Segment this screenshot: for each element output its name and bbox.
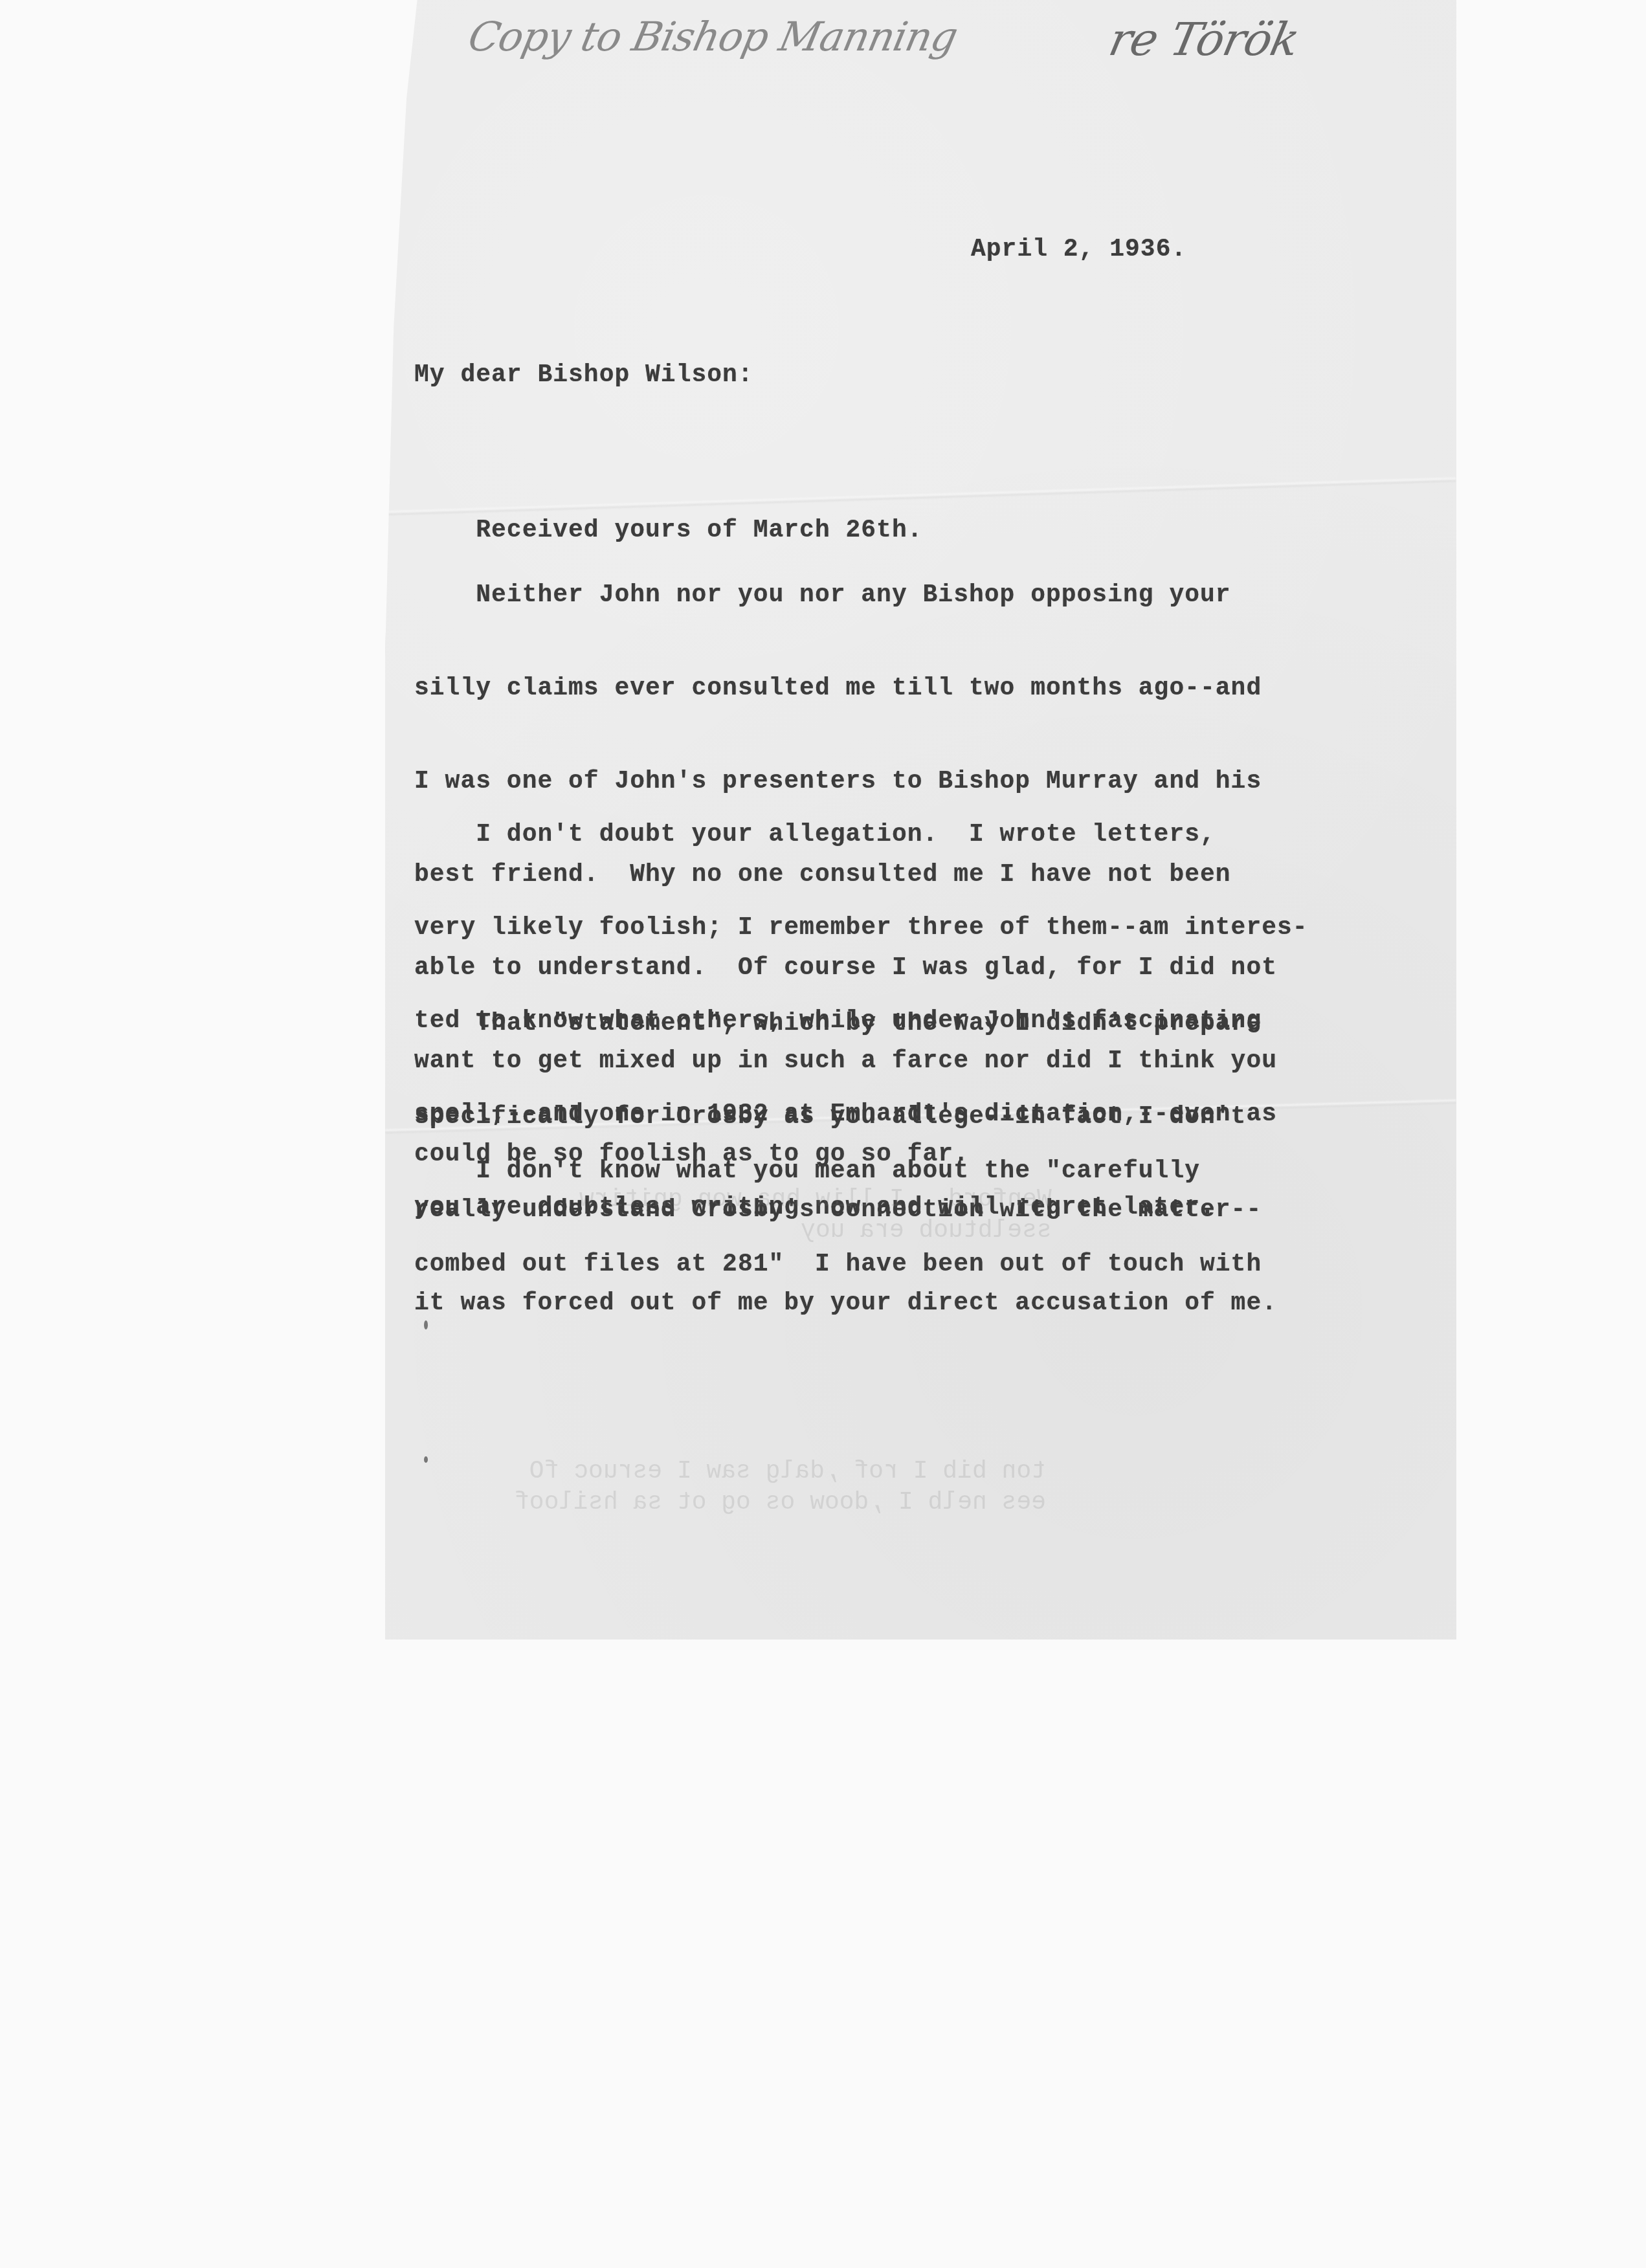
text-line: That "statement", which by the way I did…	[414, 1008, 1277, 1039]
handwritten-re-note: re Török	[1104, 13, 1304, 66]
text-line: I don't doubt your allegation. I wrote l…	[414, 819, 1308, 850]
salutation: My dear Bishop Wilson:	[414, 360, 753, 391]
bleed-through-text: Wenford, I lliw bna won gnitirw sselbtuo…	[579, 1184, 1052, 1247]
letter-page: Copy to Bishop Manning re Török April 2,…	[385, 0, 1456, 1640]
text-line: silly claims ever consulted me till two …	[414, 673, 1277, 704]
text-line: combed out files at 281" I have been out…	[414, 1249, 1262, 1280]
ink-speck	[424, 1456, 428, 1463]
text-line: Neither John nor you nor any Bishop oppo…	[414, 580, 1277, 611]
letter-date: April 2, 1936.	[971, 234, 1186, 265]
bleed-through-text: ton bib I rof ,dalg saw I esruoc fO ees …	[515, 1456, 1046, 1518]
text-line: very likely foolish; I remember three of…	[414, 913, 1308, 944]
text-line: I don't know what you mean about the "ca…	[414, 1156, 1262, 1187]
handwritten-copy-note: Copy to Bishop Manning	[464, 13, 966, 60]
ink-speck	[424, 1320, 428, 1329]
